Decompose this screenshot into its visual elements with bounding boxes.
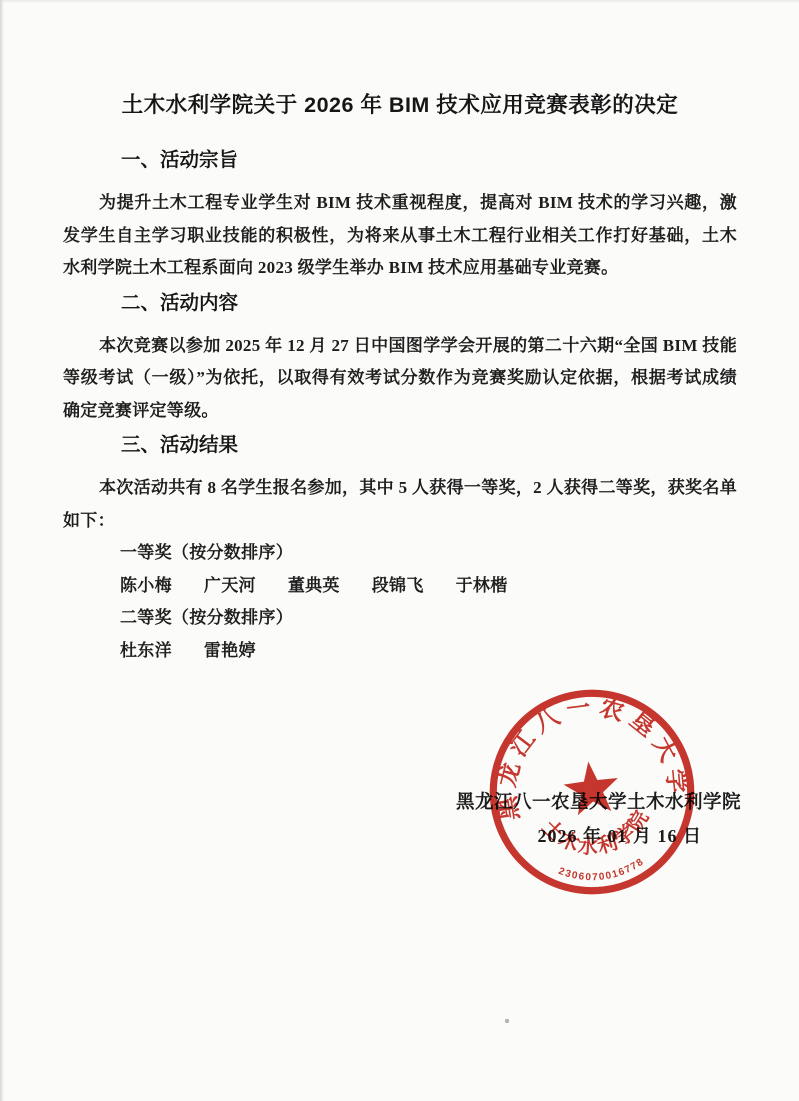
section-paragraph-content: 本次竞赛以参加 2025 年 12 月 27 日中国图学学会开展的第二十六期“全… [63,330,737,428]
scan-speck-artifact [505,1019,509,1023]
first-prize-names: 陈小梅广天河董典英段锦飞于林楷 [63,570,737,603]
document-title: 土木水利学院关于 2026 年 BIM 技术应用竞赛表彰的决定 [63,88,737,122]
scan-edge-artifact-top [0,0,799,3]
award-winner-name: 杜东洋 [120,641,172,660]
section-heading-results: 三、活动结果 [121,431,737,459]
section-paragraph-results: 本次活动共有 8 名学生报名参加，其中 5 人获得一等奖，2 人获得二等奖，获奖… [63,472,737,537]
award-winner-name: 雷艳婷 [204,641,256,660]
award-winner-name: 段锦飞 [372,576,424,595]
first-prize-label: 一等奖（按分数排序） [63,537,737,570]
second-prize-label: 二等奖（按分数排序） [63,602,737,635]
section-paragraph-purpose: 为提升土木工程专业学生对 BIM 技术重视程度，提高对 BIM 技术的学习兴趣，… [63,187,737,285]
document-page: 土木水利学院关于 2026 年 BIM 技术应用竞赛表彰的决定 一、活动宗旨 为… [0,0,799,1101]
section-heading-content: 二、活动内容 [121,289,737,317]
scan-edge-artifact-left [0,0,4,1101]
signature-organization: 黑龙江八一农垦大学土木水利学院 [456,788,741,814]
section-heading-purpose: 一、活动宗旨 [121,146,737,174]
award-winner-name: 陈小梅 [120,576,172,595]
award-winner-name: 董典英 [288,576,340,595]
second-prize-names: 杜东洋雷艳婷 [63,635,737,668]
signature-date: 2026 年 01 月 16 日 [538,822,703,848]
award-winner-name: 于林楷 [456,576,508,595]
award-winner-name: 广天河 [204,576,256,595]
seal-serial-number: 2306070016778 [556,856,648,888]
